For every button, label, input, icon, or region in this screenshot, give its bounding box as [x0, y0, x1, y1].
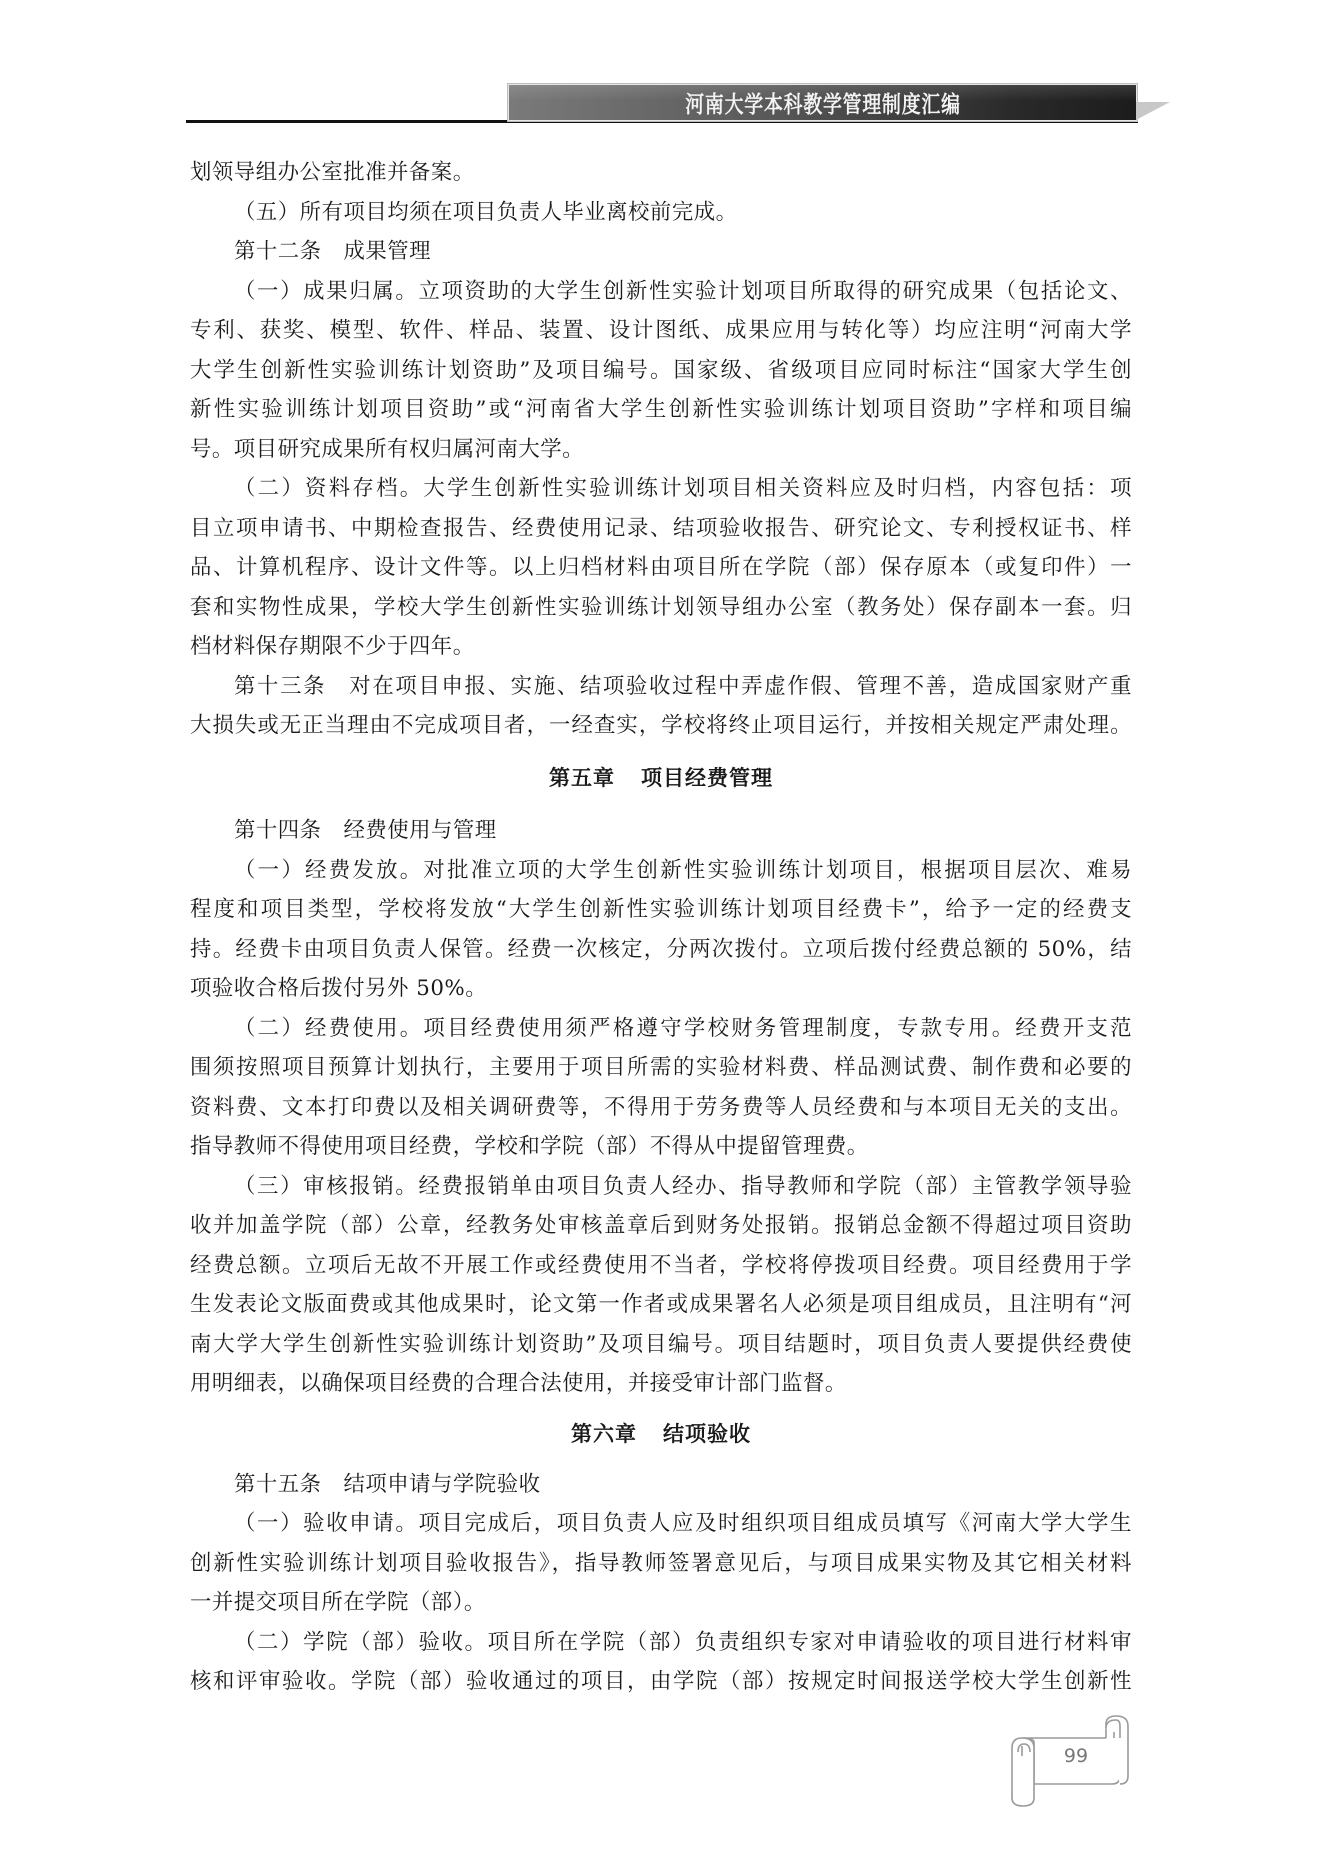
chapter-title: 项目经费管理	[641, 766, 773, 790]
header-banner: 河南大学本科教学管理制度汇编	[508, 84, 1137, 121]
chapter-heading: 第五章项目经费管理	[190, 765, 1132, 791]
text-line: 用明细表，以确保项目经费的合理合法使用，并接受审计部门监督。	[190, 1371, 1132, 1397]
chapter-number: 第五章	[549, 766, 615, 790]
text-line: 一并提交项目所在学院（部）。	[190, 1590, 1132, 1616]
text-line: 品、计算机程序、设计文件等。以上归档材料由项目所在学院（部）保存原本（或复印件）…	[190, 555, 1132, 581]
text-line: 经费总额。立项后无故不开展工作或经费使用不当者，学校将停拨项目经费。项目经费用于…	[190, 1253, 1132, 1279]
chapter-title: 结项验收	[663, 1422, 751, 1446]
text-line: （一）验收申请。项目完成后，项目负责人应及时组织项目组成员填写《河南大学大学生	[190, 1511, 1132, 1537]
text-line: （二）资料存档。大学生创新性实验训练计划项目相关资料应及时归档，内容包括：项	[190, 476, 1132, 502]
text-line: （一）经费发放。对批准立项的大学生创新性实验训练计划项目，根据项目层次、难易	[190, 858, 1132, 884]
text-line: 大学生创新性实验训练计划资助”及项目编号。国家级、省级项目应同时标注“国家大学生…	[190, 358, 1132, 384]
text-line: 目立项申请书、中期检查报告、经费使用记录、结项验收报告、研究论文、专利授权证书、…	[190, 516, 1132, 542]
text-line: 指导教师不得使用项目经费，学校和学院（部）不得从中提留管理费。	[190, 1134, 1132, 1160]
text-line: 资料费、文本打印费以及相关调研费等，不得用于劳务费等人员经费和与本项目无关的支出…	[190, 1095, 1132, 1121]
header-title: 河南大学本科教学管理制度汇编	[685, 86, 961, 119]
text-line: 划领导组办公室批准并备案。	[190, 160, 1132, 186]
text-line: （二）学院（部）验收。项目所在学院（部）负责组织专家对申请验收的项目进行材料审	[190, 1630, 1132, 1656]
text-line: （二）经费使用。项目经费使用须严格遵守学校财务管理制度，专款专用。经费开支范	[190, 1016, 1132, 1042]
text-line: （三）审核报销。经费报销单由项目负责人经办、指导教师和学院（部）主管教学领导验	[190, 1174, 1132, 1200]
text-line: 第十五条 结项申请与学院验收	[190, 1472, 1132, 1498]
text-line: （五）所有项目均须在项目负责人毕业离校前完成。	[190, 200, 1132, 226]
text-line: 程度和项目类型，学校将发放“大学生创新性实验训练计划项目经费卡”，给予一定的经费…	[190, 897, 1132, 923]
text-line: 套和实物性成果，学校大学生创新性实验训练计划领导组办公室（教务处）保存副本一套。…	[190, 595, 1132, 621]
text-line: 创新性实验训练计划项目验收报告》，指导教师签署意见后，与项目成果实物及其它相关材…	[190, 1551, 1132, 1577]
text-line: 号。项目研究成果所有权归属河南大学。	[190, 437, 1132, 463]
text-line: 核和评审验收。学院（部）验收通过的项目，由学院（部）按规定时间报送学校大学生创新…	[190, 1669, 1132, 1695]
chapter-heading: 第六章结项验收	[190, 1421, 1132, 1447]
text-line: 第十四条 经费使用与管理	[190, 818, 1132, 844]
chapter-number: 第六章	[571, 1422, 637, 1446]
text-line: （一）成果归属。立项资助的大学生创新性实验计划项目所取得的研究成果（包括论文、	[190, 279, 1132, 305]
text-line: 项验收合格后拨付另外 50%。	[190, 976, 1132, 1002]
text-line: 新性实验训练计划项目资助”或“河南省大学生创新性实验训练计划项目资助”字样和项目…	[190, 397, 1132, 423]
header-banner-tail	[1136, 102, 1170, 120]
document-page: 河南大学本科教学管理制度汇编 划领导组办公室批准并备案。（五）所有项目均须在项目…	[0, 0, 1323, 1871]
text-line: 生发表论文版面费或其他成果时，论文第一作者或成果署名人必须是项目组成员，且注明有…	[190, 1292, 1132, 1318]
text-line: 第十二条 成果管理	[190, 239, 1132, 265]
text-line: 收并加盖学院（部）公章，经教务处审核盖章后到财务处报销。报销总金额不得超过项目资…	[190, 1213, 1132, 1239]
page-number: 99	[1040, 1745, 1112, 1767]
text-line: 围须按照项目预算计划执行，主要用于项目所需的实验材料费、样品测试费、制作费和必要…	[190, 1055, 1132, 1081]
text-line: 专利、获奖、模型、软件、样品、装置、设计图纸、成果应用与转化等）均应注明“河南大…	[190, 318, 1132, 344]
text-line: 档材料保存期限不少于四年。	[190, 634, 1132, 660]
text-line: 持。经费卡由项目负责人保管。经费一次核定，分两次拨付。立项后拨付经费总额的 50…	[190, 937, 1132, 963]
text-line: 大损失或无正当理由不完成项目者，一经查实，学校将终止项目运行，并按相关规定严肃处…	[190, 713, 1132, 739]
text-line: 南大学大学生创新性实验训练计划资助”及项目编号。项目结题时，项目负责人要提供经费…	[190, 1332, 1132, 1358]
text-line: 第十三条 对在项目申报、实施、结项验收过程中弄虚作假、管理不善，造成国家财产重	[190, 674, 1132, 700]
